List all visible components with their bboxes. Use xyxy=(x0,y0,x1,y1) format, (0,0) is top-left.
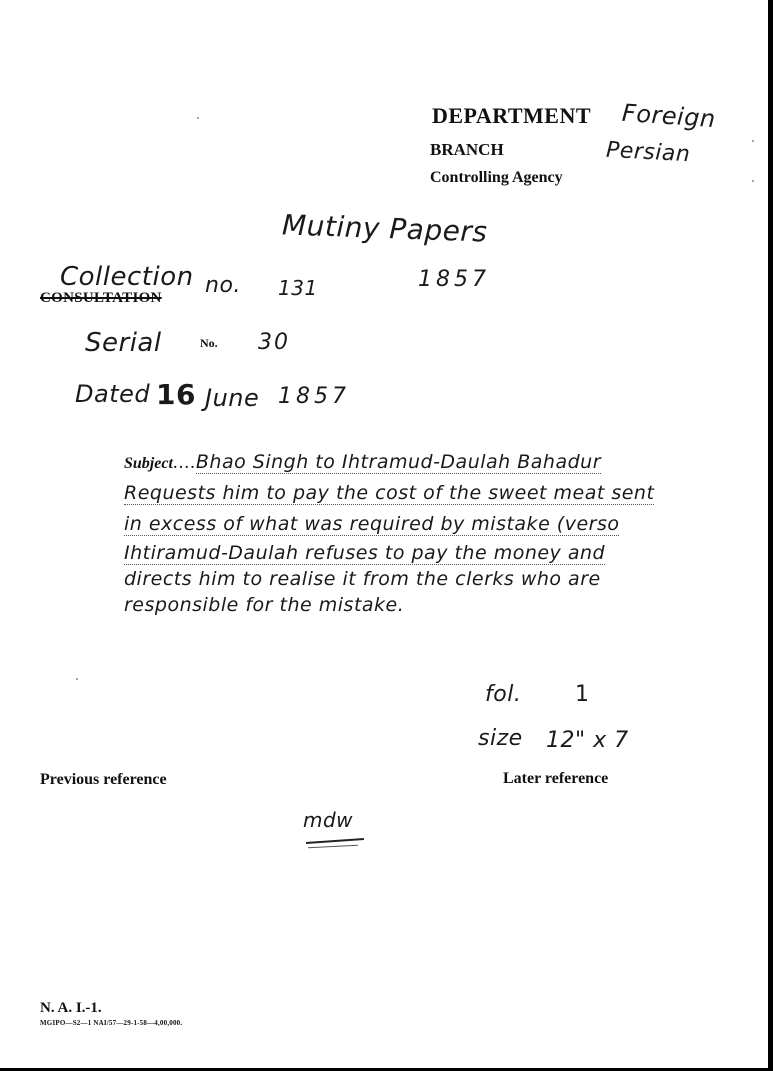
dated-year: 1857 xyxy=(278,384,350,409)
size-value: 12" x 7 xyxy=(546,728,629,753)
department-value: Foreign xyxy=(621,99,716,133)
subject-text: Bhao Singh to Ihtramud-Daulah Bahadur xyxy=(196,451,601,474)
serial-label: Serial xyxy=(85,328,162,358)
department-label: DEPARTMENT xyxy=(432,103,591,129)
subject-label: Subject xyxy=(124,455,173,472)
collection-year: 1857 xyxy=(418,267,490,292)
paper-speck xyxy=(752,180,754,182)
previous-reference-label: Previous reference xyxy=(40,771,167,789)
controlling-agency-label: Controlling Agency xyxy=(430,169,563,187)
paper-speck xyxy=(197,117,199,119)
dated-month: June xyxy=(205,384,259,412)
initials-signature: mdw xyxy=(303,808,353,832)
subject-text: directs him to realise it from the clerk… xyxy=(124,568,601,590)
collection-title: Mutiny Papers xyxy=(281,208,488,248)
printer-imprint: MGIPO—S2—1 NAI/57—29-1-58—4,00,000. xyxy=(40,1019,182,1027)
folio-label: fol. xyxy=(485,682,521,707)
subject-line: in excess of what was required by mistak… xyxy=(124,509,744,540)
size-label: size xyxy=(478,726,523,751)
signature-underline xyxy=(308,845,358,849)
collection-number: 131 xyxy=(278,276,318,300)
dated-label: Dated xyxy=(75,380,150,408)
dated-day: 16 xyxy=(156,378,196,411)
subject-text: Requests him to pay the cost of the swee… xyxy=(124,482,654,505)
subject-text: responsible for the mistake. xyxy=(124,594,404,616)
dot-leader: .... xyxy=(173,452,196,473)
subject-line: Requests him to pay the cost of the swee… xyxy=(124,478,744,509)
collection-label: Collection xyxy=(60,262,194,292)
subject-line: responsible for the mistake. xyxy=(124,592,744,618)
collection-no-label: no. xyxy=(205,273,241,298)
branch-label: BRANCH xyxy=(430,140,504,160)
branch-value: Persian xyxy=(605,138,691,167)
document-page: DEPARTMENT Foreign BRANCH Persian Contro… xyxy=(0,0,773,1071)
subject-block: Subject....Bhao Singh to Ihtramud-Daulah… xyxy=(124,447,744,618)
form-code: N. A. I.-1. xyxy=(40,1000,102,1017)
serial-no-label: No. xyxy=(200,336,218,351)
folio-value: 1 xyxy=(575,682,590,707)
serial-number: 30 xyxy=(258,330,290,355)
subject-line: Subject....Bhao Singh to Ihtramud-Daulah… xyxy=(124,447,744,478)
later-reference-label: Later reference xyxy=(503,770,608,788)
consultation-label-struck: CONSULTATION xyxy=(40,290,162,307)
subject-text: in excess of what was required by mistak… xyxy=(124,513,619,536)
subject-line: Ihtiramud-Daulah refuses to pay the mone… xyxy=(124,540,744,566)
subject-text: Ihtiramud-Daulah refuses to pay the mone… xyxy=(124,542,605,565)
signature-underline xyxy=(306,838,364,844)
paper-speck xyxy=(76,678,78,680)
paper-speck xyxy=(752,140,754,142)
subject-line: directs him to realise it from the clerk… xyxy=(124,566,744,592)
